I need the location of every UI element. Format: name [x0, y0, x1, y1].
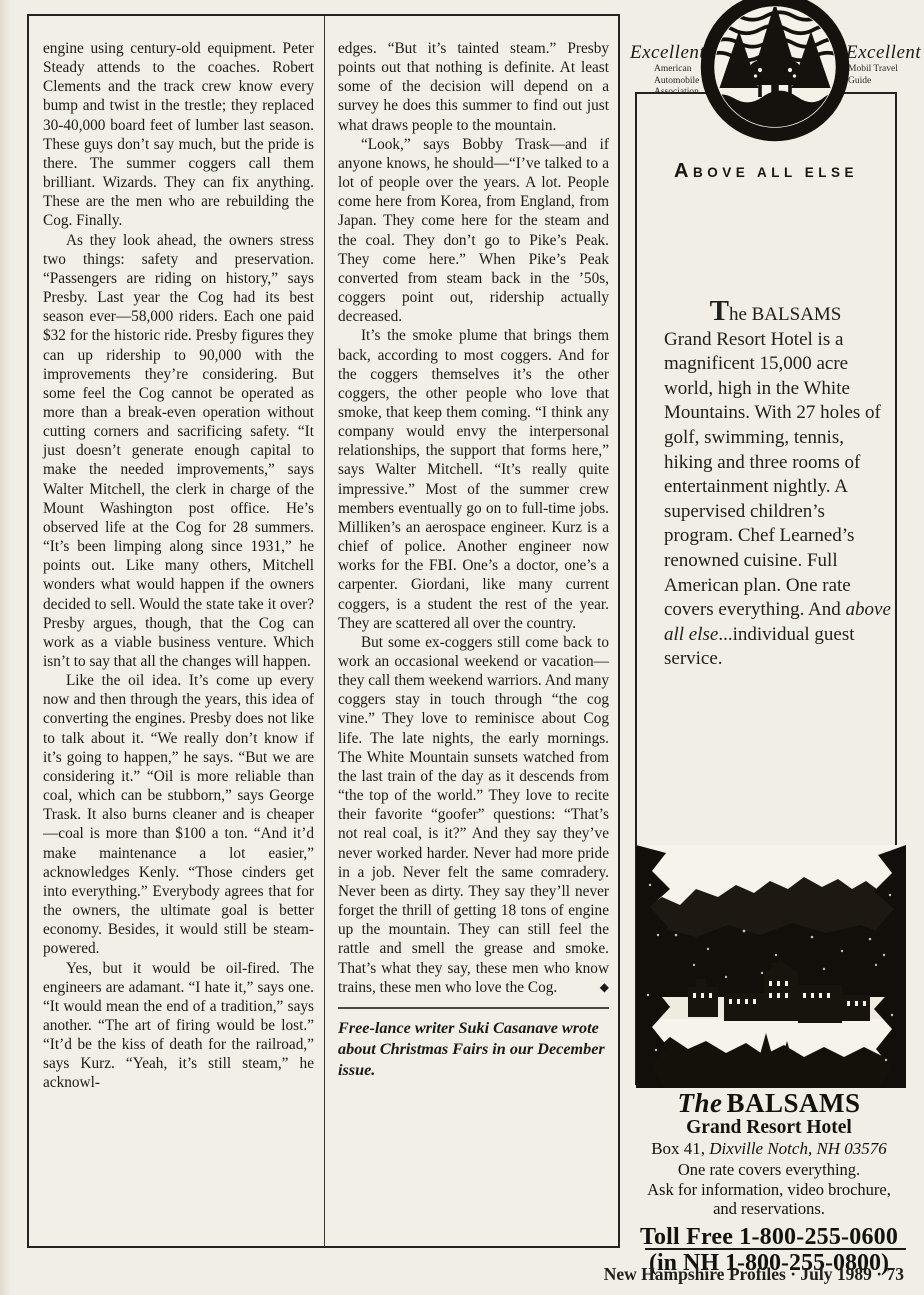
ad-body-text: The BALSAMS Grand Resort Hotel is a magn…: [664, 299, 892, 672]
toll-free-number: Toll Free 1-800-255-0600: [628, 1224, 910, 1251]
balsams-ad: Excellent American Automobile Associatio…: [628, 0, 910, 1295]
hotel-address-box: Box 41,: [651, 1139, 705, 1158]
hotel-address: Box 41, Dixville Notch, NH 03576: [628, 1138, 910, 1160]
article-box: engine using century-old equipment. Pete…: [27, 14, 620, 1248]
ad-body-part: The BALSAMS Grand Resort Hotel is a magn…: [664, 304, 881, 620]
page-footer: New Hampshire Profiles · July 1989 · 73: [404, 1264, 904, 1285]
author-footnote: Free-lance writer Suki Casanave wrote ab…: [338, 1018, 609, 1081]
article-paragraph: As they look ahead, the owners stress tw…: [43, 231, 314, 672]
footnote-divider: [338, 1007, 609, 1009]
balsams-trees-logo-icon: [700, 0, 850, 142]
article-paragraph: “Look,” says Bobby Trask—and if anyone k…: [338, 135, 609, 327]
article-paragraph: engine using century-old equipment. Pete…: [43, 39, 314, 231]
article-paragraph: Yes, but it would be oil-fired. The engi…: [43, 959, 314, 1093]
mobil-rating-title: Excellent: [846, 42, 916, 64]
ad-bottom-rule: [645, 1248, 906, 1250]
article-paragraph: But some ex-coggers still come back to w…: [338, 633, 609, 997]
ad-tagline: One rate covers everything.: [628, 1160, 910, 1180]
ad-headline: Above all else: [637, 160, 895, 183]
article-paragraph: edges. “But it’s tainted steam.” Presby …: [338, 39, 609, 135]
article-paragraph: Like the oil idea. It’s come up every no…: [43, 671, 314, 958]
hotel-subtitle: Grand Resort Hotel: [628, 1117, 910, 1138]
ad-info-line: Ask for information, video brochure,: [628, 1180, 910, 1200]
hotel-name: TheBALSAMS: [628, 1090, 910, 1117]
middle-column: edges. “But it’s tainted steam.” Presby …: [325, 16, 618, 1246]
left-column-paragraphs: engine using century-old equipment. Pete…: [29, 16, 324, 1246]
hotel-name-the: The: [677, 1088, 722, 1118]
mobil-rating: Excellent Mobil Travel Guide: [846, 42, 916, 87]
end-of-article-mark: ◆: [577, 978, 609, 997]
hotel-photo-illustration: [636, 845, 906, 1088]
hotel-address-town: Dixville Notch, NH 03576: [705, 1139, 887, 1158]
article-paragraph: It’s the smoke plume that brings them ba…: [338, 326, 609, 633]
ad-info-line-2: and reservations.: [628, 1199, 910, 1219]
mobil-rating-org: Mobil Travel Guide: [846, 64, 910, 87]
magazine-page: engine using century-old equipment. Pete…: [0, 0, 924, 1295]
middle-column-paragraphs: edges. “But it’s tainted steam.” Presby …: [338, 39, 609, 997]
hotel-name-main: BALSAMS: [726, 1088, 860, 1118]
